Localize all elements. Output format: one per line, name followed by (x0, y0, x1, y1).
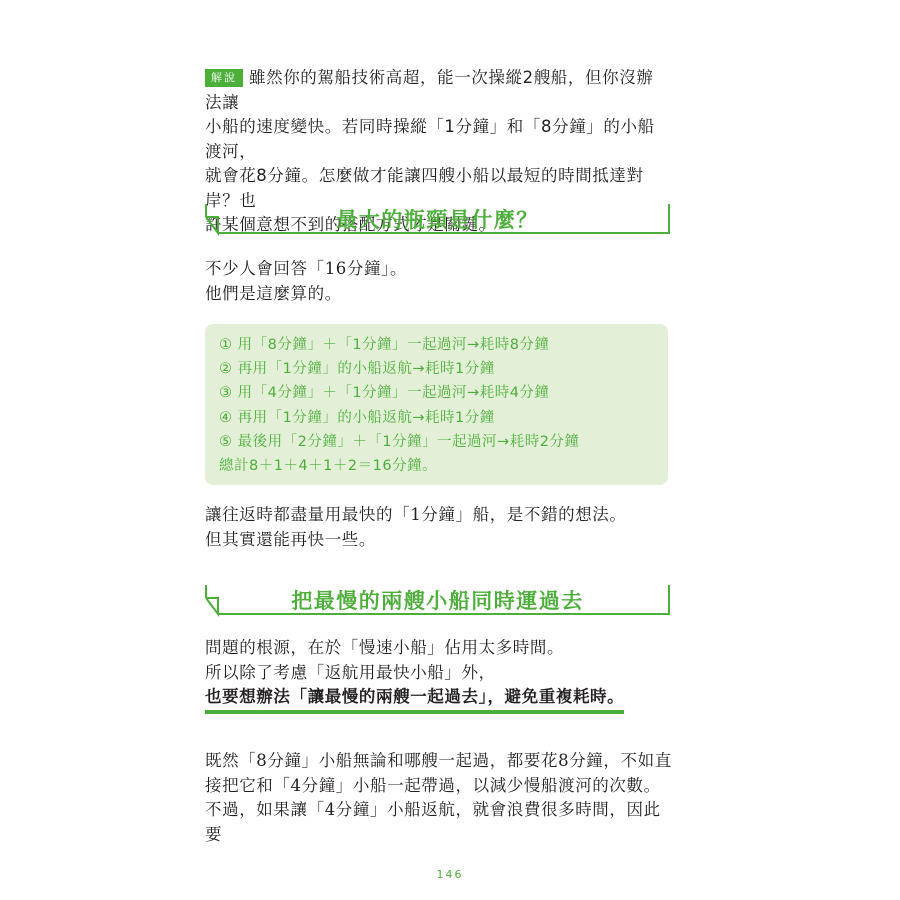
intro-line: 小船的速度變快。若同時操縱「1分鐘」和「8分鐘」的小船渡河， (205, 117, 655, 161)
text-line: 不過，如果讓「4分鐘」小船返航，就會浪費很多時間，因此要 (205, 800, 661, 844)
step-item: ⑤ 最後用「2分鐘」＋「1分鐘」一起過河→耗時2分鐘 (219, 430, 654, 454)
step-item: ④ 再用「1分鐘」的小船返航→耗時1分鐘 (219, 406, 654, 430)
explanation-badge: 解說 (205, 69, 243, 87)
emphasized-sentence: 也要想辦法「讓最慢的兩艘一起過去」，避免重複耗時。 (205, 685, 624, 714)
text-line: 既然「8分鐘」小船無論和哪艘一起過，都要花8分鐘，不如直 (205, 751, 672, 770)
paragraph: 不少人會回答「16分鐘」。 他們是這麼算的。 (205, 257, 407, 306)
page-number: 146 (0, 868, 900, 881)
text-line: 所以除了考慮「返航用最快小船」外， (205, 663, 496, 682)
paragraph: 既然「8分鐘」小船無論和哪艘一起過，都要花8分鐘，不如直 接把它和「4分鐘」小船… (205, 749, 675, 847)
calculation-steps-box: ① 用「8分鐘」＋「1分鐘」一起過河→耗時8分鐘 ② 再用「1分鐘」的小船返航→… (205, 324, 668, 485)
intro-line: 雖然你的駕船技術高超，能一次操縱2艘船，但你沒辦法讓 (205, 68, 653, 112)
section-title: 最大的瓶頸是什麼？ (205, 204, 670, 234)
intro-line: 就會花8分鐘。怎麼做才能讓四艘小船以最短的時間抵達對岸？也 (205, 166, 644, 210)
step-item: ① 用「8分鐘」＋「1分鐘」一起過河→耗時8分鐘 (219, 333, 654, 357)
text-line: 但其實還能再快一些。 (205, 530, 376, 549)
section-title: 把最慢的兩艘小船同時運過去 (205, 585, 670, 615)
text-line: 問題的根源，在於「慢速小船」佔用太多時間。 (205, 638, 564, 657)
step-item: ③ 用「4分鐘」＋「1分鐘」一起過河→耗時4分鐘 (219, 381, 654, 405)
text-line: 讓往返時都盡量用最快的「1分鐘」船，是不錯的想法。 (205, 505, 627, 524)
text-line: 接把它和「4分鐘」小船一起帶過，以減少慢船渡河的次數。 (205, 776, 661, 795)
paragraph: 讓往返時都盡量用最快的「1分鐘」船，是不錯的想法。 但其實還能再快一些。 (205, 503, 627, 552)
section-heading-slowest-boats: 把最慢的兩艘小船同時運過去 (205, 585, 670, 621)
step-total: 總計8＋1＋4＋1＋2＝16分鐘。 (219, 454, 654, 478)
text-line: 他們是這麼算的。 (205, 284, 342, 303)
paragraph: 問題的根源，在於「慢速小船」佔用太多時間。 所以除了考慮「返航用最快小船」外， … (205, 636, 624, 714)
section-heading-bottleneck: 最大的瓶頸是什麼？ (205, 204, 670, 240)
step-item: ② 再用「1分鐘」的小船返航→耗時1分鐘 (219, 357, 654, 381)
text-line: 不少人會回答「16分鐘」。 (205, 259, 407, 278)
